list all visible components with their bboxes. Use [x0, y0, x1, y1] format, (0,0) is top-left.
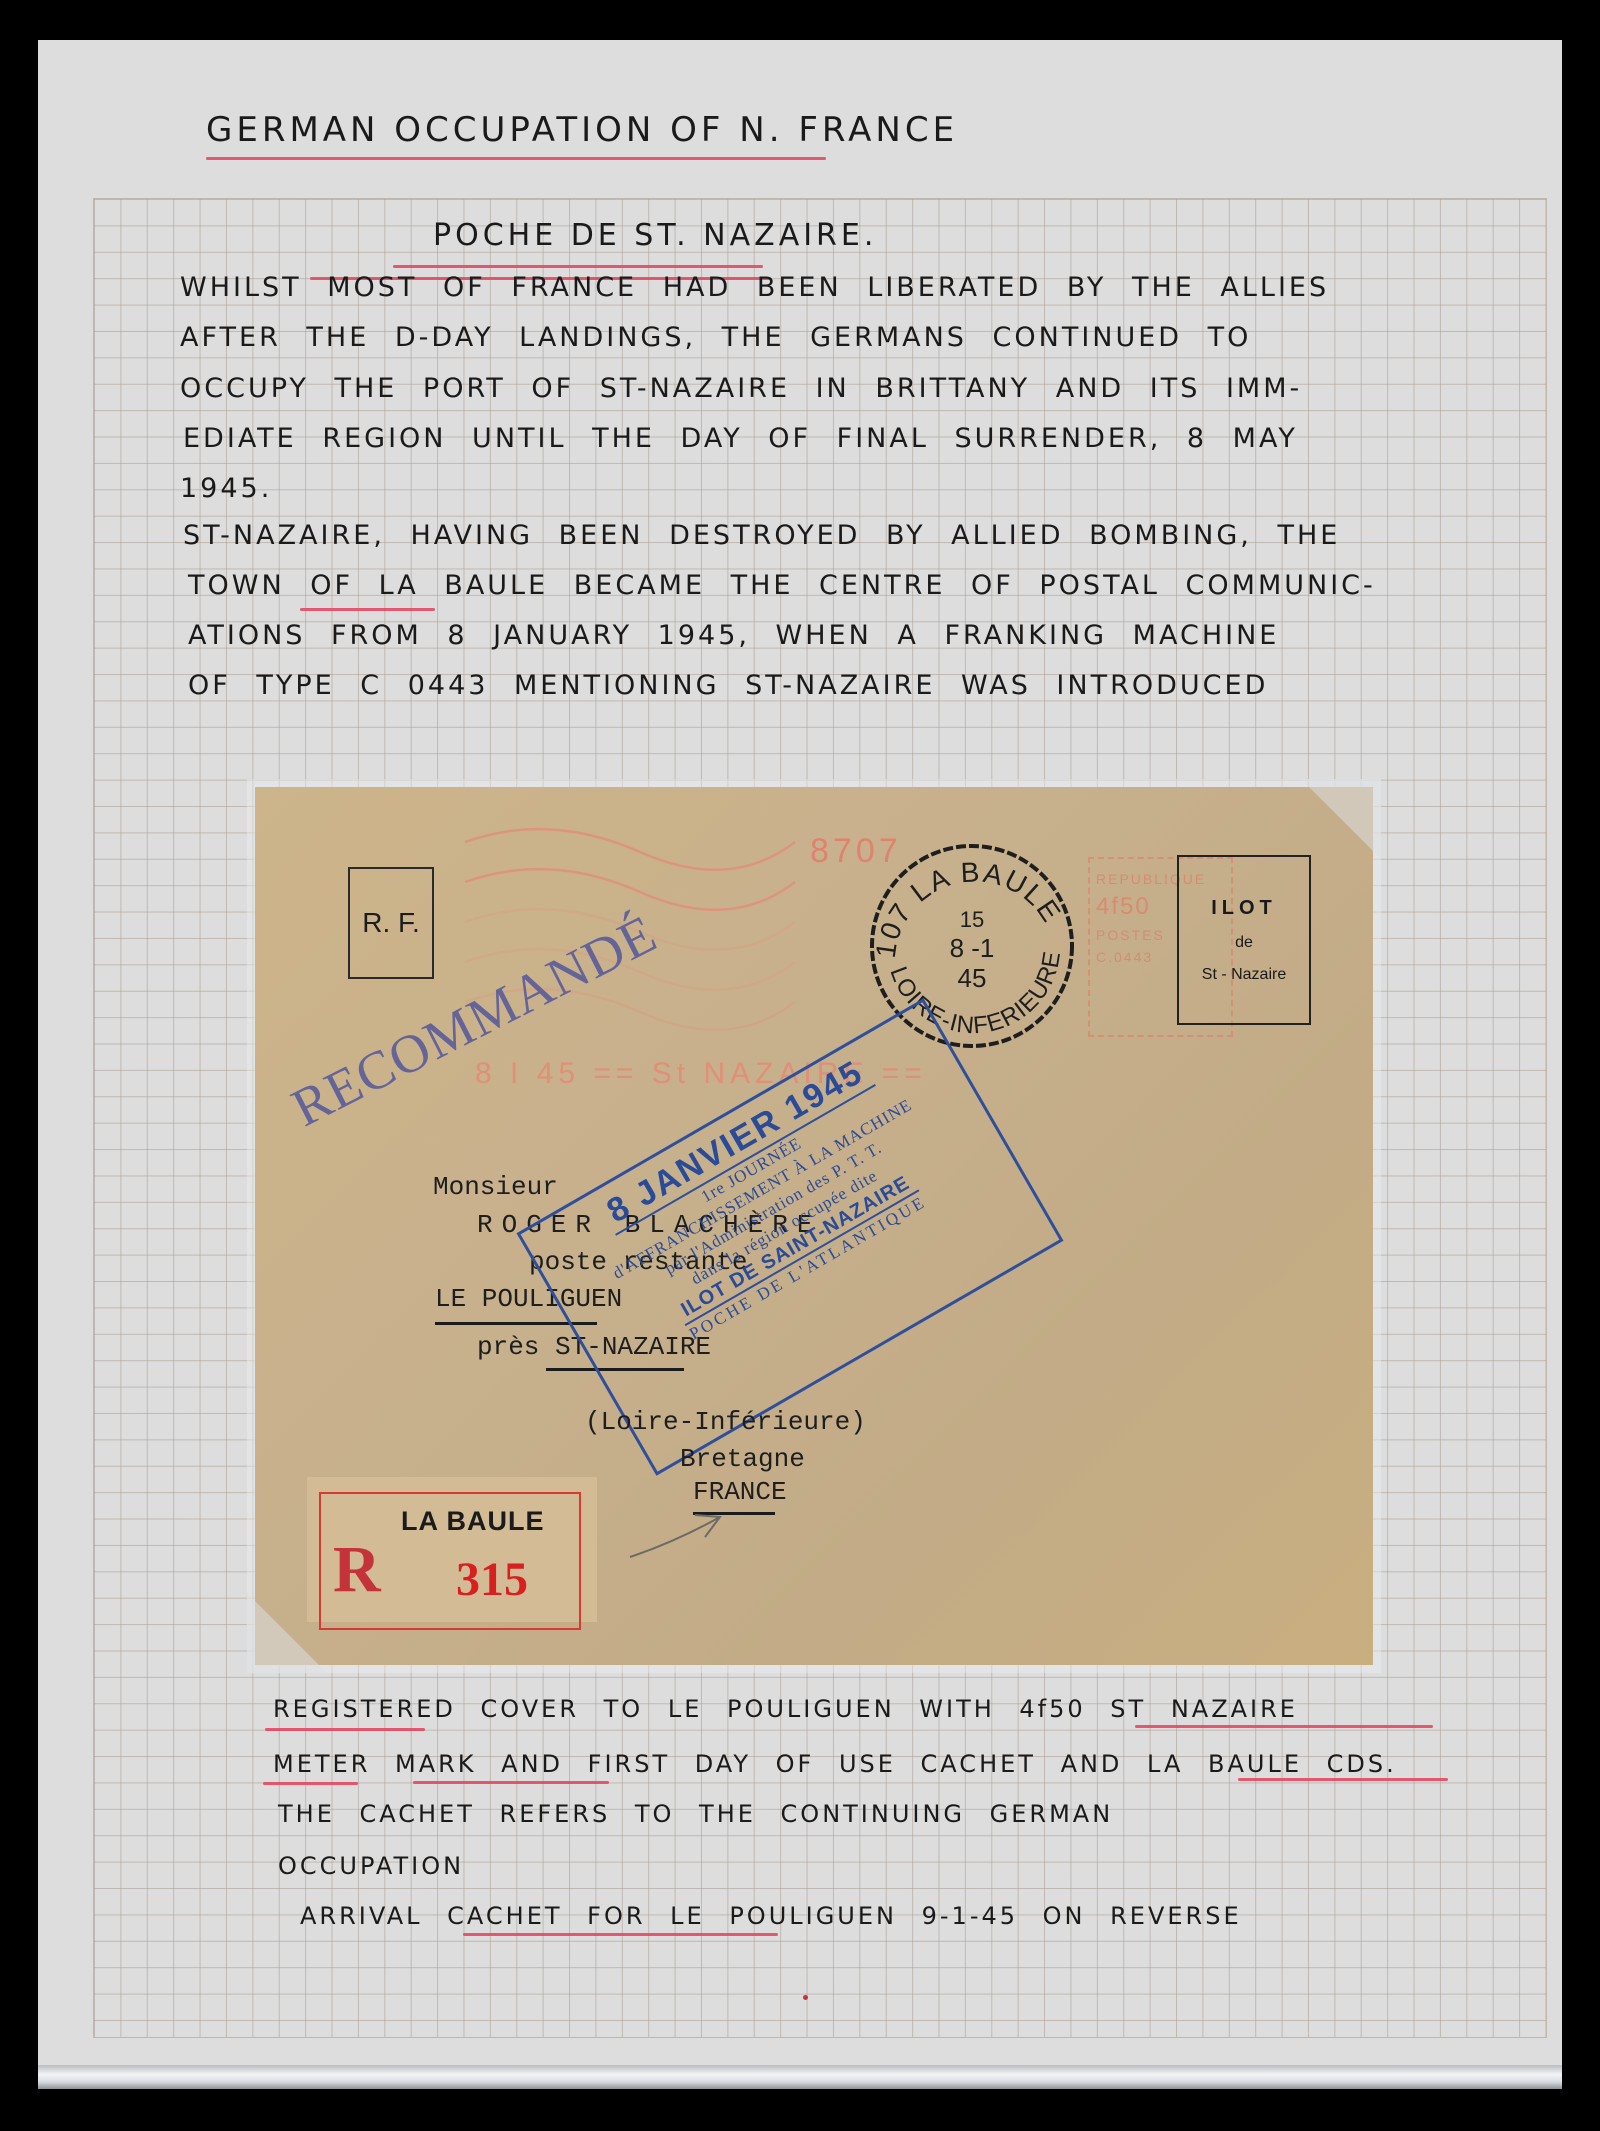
intro-line: AFTER THE D-DAY LANDINGS, THE GERMANS CO…	[180, 322, 1251, 353]
svg-text:8 -1: 8 -1	[950, 933, 995, 963]
caption-underline	[265, 1728, 425, 1731]
mount-corner	[1301, 779, 1381, 859]
sleeve-edge	[38, 2065, 1562, 2089]
caption-line: THE CACHET REFERS TO THE CONTINUING GERM…	[278, 1800, 1113, 1828]
caption-underline	[1238, 1778, 1448, 1781]
ilot-line: de	[1235, 934, 1253, 952]
svg-text:45: 45	[958, 963, 987, 993]
caption-underline	[413, 1781, 609, 1784]
title-underline	[206, 157, 826, 160]
caption-underline	[463, 1933, 778, 1936]
svg-text:15: 15	[960, 907, 984, 932]
caption-underline	[263, 1782, 358, 1785]
intro-line: EDIATE REGION UNTIL THE DAY OF FINAL SUR…	[183, 423, 1298, 454]
registration-town: LA BAULE	[401, 1506, 545, 1537]
pencil-arrow-icon	[625, 1507, 735, 1567]
intro-line: OF TYPE C 0443 MENTIONING ST-NAZAIRE WAS…	[188, 670, 1268, 701]
page-subtitle: POCHE DE ST. NAZAIRE.	[433, 218, 877, 253]
ilot-line: ILOT	[1211, 897, 1277, 920]
address-line: FRANCE	[693, 1477, 787, 1507]
address-line: (Loire-Inférieure)	[585, 1407, 866, 1437]
ilot-box: ILOT de St - Nazaire	[1177, 855, 1311, 1025]
intro-line: 1945.	[180, 473, 272, 504]
caption-line: OCCUPATION	[278, 1852, 464, 1880]
intro-line: ATIONS FROM 8 JANUARY 1945, WHEN A FRANK…	[188, 620, 1279, 651]
subtitle-underline-1	[393, 265, 763, 268]
address-line: Bretagne	[680, 1444, 805, 1474]
caption-line: REGISTERED COVER TO LE POULIGUEN WITH 4f…	[273, 1695, 1298, 1723]
intro-line: TOWN OF LA BAULE BECAME THE CENTRE OF PO…	[188, 570, 1376, 601]
la-baule-underline	[300, 608, 435, 611]
registration-letter: R	[333, 1532, 381, 1608]
page-title: GERMAN OCCUPATION OF N. FRANCE	[206, 110, 958, 150]
registered-cover: R. F. 8707 8 I 45 == St NAZAIRE == REPUB…	[255, 787, 1373, 1665]
address-line: Monsieur	[433, 1172, 558, 1202]
intro-line: ST-NAZAIRE, HAVING BEEN DESTROYED BY ALL…	[183, 520, 1340, 551]
rf-box: R. F.	[348, 867, 434, 979]
caption-line: ARRIVAL CACHET FOR LE POULIGUEN 9-1-45 O…	[300, 1902, 1242, 1930]
registration-label: LA BAULE R 315	[307, 1477, 597, 1622]
caption-line: METER MARK AND FIRST DAY OF USE CACHET A…	[273, 1750, 1397, 1778]
registration-number: 315	[456, 1552, 528, 1607]
red-dot	[803, 1995, 808, 2000]
ilot-line: St - Nazaire	[1202, 966, 1286, 984]
intro-line: OCCUPY THE PORT OF ST-NAZAIRE IN BRITTAN…	[180, 373, 1302, 404]
intro-line: WHILST MOST OF FRANCE HAD BEEN LIBERATED…	[180, 272, 1329, 303]
registration-label-frame: LA BAULE R 315	[319, 1492, 581, 1630]
caption-underline	[1135, 1725, 1433, 1728]
